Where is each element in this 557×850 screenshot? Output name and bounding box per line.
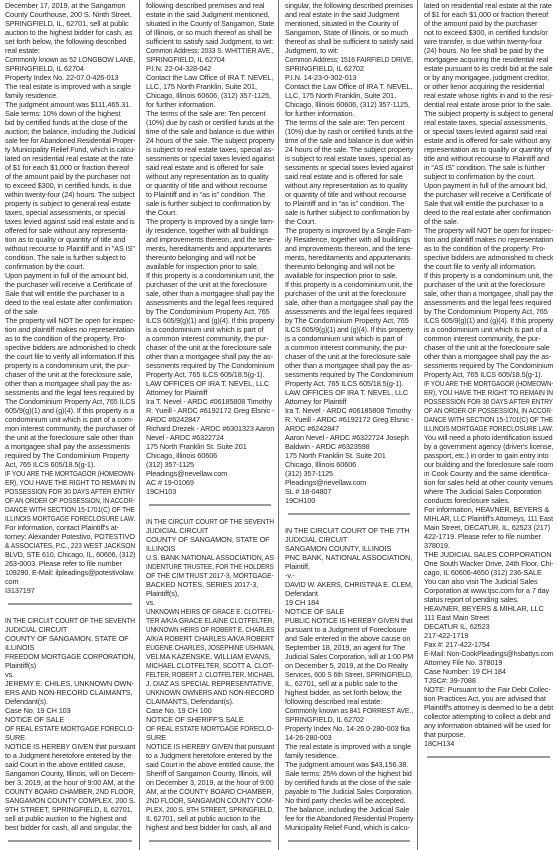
- notice-text-line: without recourse to Plaintiff and in "AS…: [5, 244, 134, 253]
- notice-divider: [149, 504, 271, 506]
- notice-text-line: a common interest community, the pur-: [146, 334, 274, 343]
- notice-text-line: tion as to quality or quantity of title …: [5, 235, 135, 244]
- notice-text-line: 14-26-280-003: [285, 733, 413, 742]
- notice-text-line: vs.: [5, 670, 135, 679]
- notice-text-line: condition. The sale is further subject t…: [5, 253, 135, 262]
- notice-text-line: 263-0003. Please refer to file number: [5, 559, 135, 568]
- notice-text-line: or other lienor acquiring the residentia…: [424, 82, 553, 91]
- notice-text-line: to a Judgment heretofore entered by the: [146, 751, 274, 760]
- notice-text-line: fee for the Abandoned Residential Proper…: [285, 814, 406, 823]
- notice-text-line: Fax #: 217-422-1754: [424, 640, 553, 649]
- notice-text-line: NOTICE OF SALE: [285, 607, 413, 616]
- notice-text-line: The property is improved by a single fam…: [146, 217, 272, 226]
- notice-text-line: Chicago, Illinois 60606, (312) 357-1125,: [285, 100, 413, 109]
- notice-text-line: ILLINOIS MORTGAGE FORECLOSURE LAW.: [424, 424, 536, 433]
- notice-text-line: chaser of the unit at the foreclosure sa…: [146, 343, 274, 352]
- notice-text-line: real estate:: [5, 46, 135, 55]
- notice-text-line: 175 North Franklin St. Suite 201: [146, 442, 274, 451]
- notice-text-line: collector attempting to collect a debt a…: [424, 712, 553, 721]
- notice-text-line: Plaintiff(s): [5, 661, 135, 670]
- notice-text-line: For information, HEAVNER, BEYERS &: [424, 505, 553, 514]
- notice-text-line: OF REAL ESTATE MORTGAGE FORECLO-: [146, 724, 261, 733]
- notice-text-line: Sangamon, State of Illinois, or so much: [285, 28, 413, 37]
- notice-text-line: ARDC #6242847: [146, 415, 274, 424]
- notice-text-line: deed to the real estate after confirmati…: [5, 298, 135, 307]
- notice-text-line: assessments and the legal fees required: [424, 298, 553, 307]
- notice-text-line: POSSESSION FOR 30 DAYS AFTER ENTRY: [424, 397, 538, 406]
- notice-text-line: Services, 600 S 6th Street, SPRINGFIELD,: [285, 670, 405, 679]
- notice-text-line: 175 North Franklin St. Suite 201: [285, 451, 413, 460]
- notice-text-line: on December 5, 2019, at the Do Realty: [285, 661, 413, 670]
- notice-text-line: The balance, including the Judicial Sale: [285, 805, 413, 814]
- notice-text-line: Contact the Law Office of IRA T. NEVEL,: [146, 73, 274, 82]
- notice-text-line: in "AS IS" condition. The sale is furthe…: [424, 163, 553, 172]
- notice-text-line: 217-422-1719: [424, 631, 553, 640]
- notice-text-line: 19CH103: [146, 487, 274, 496]
- notice-text-line: Chicago, Illinois 60606, (312) 357-1125,: [146, 91, 274, 100]
- notice-text-line: where The Judicial Sales Corporation: [424, 487, 553, 496]
- notice-text-line: subject to confirmation by the court.: [424, 172, 553, 181]
- notice-text-line: ILLINOIS MORTGAGE FORECLOSURE LAW.: [5, 514, 119, 523]
- notice-text-line: IL, 62701, sell at a public sale to the: [285, 679, 413, 688]
- notice-text-line: IN THE CIRCUIT COURT OF THE SEVENTH: [5, 616, 122, 625]
- notice-text-line: of the amount paid by the purchaser: [424, 19, 553, 28]
- notice-text-line: said real estate and is offered for sale: [146, 163, 274, 172]
- notice-text-line: and real estate in the said Judgment: [285, 10, 413, 19]
- notice-text-line: without any representation as to quality: [285, 181, 413, 190]
- legal-notices-page: December 17, 2019, at the SangamonCounty…: [0, 0, 557, 850]
- notice-text-line: ments, hereditaments and appurtenants: [146, 244, 274, 253]
- notice-text-line: auction to the highest bidder for cash, …: [5, 28, 135, 37]
- notice-text-line: NOTE: Pursuant to the Fair Debt Collec-: [424, 685, 553, 694]
- notice-text-line: 18CH134: [424, 739, 553, 748]
- notice-text-line: Case No. 19 CH 103: [5, 706, 135, 715]
- legal-notice: singular, the following described premis…: [285, 1, 413, 505]
- notice-text-line: BACKED NOTES, SERIES 2017-3,: [146, 580, 274, 589]
- notice-text-line: Act, 765 ILCS 605/18.5(g-1).: [5, 460, 135, 469]
- notice-text-line: PUBLIC NOTICE IS HEREBY GIVEN that: [285, 616, 408, 625]
- notice-text-line: estate pursuant to its credit bid at the…: [424, 64, 551, 73]
- notice-text-line: R. Yueill - ARDC #6192172 Greg Elsnic -: [146, 406, 274, 415]
- notice-text-line: Sangamon County, Illinois, will on Decem…: [5, 769, 133, 778]
- notice-text-line: as to the condition of the property. Pro…: [424, 244, 553, 253]
- notice-text-line: Sale terms: 10% down of the highest: [5, 109, 135, 118]
- notice-text-line: representation as to quality or quantity…: [424, 145, 553, 154]
- notice-text-line: I3137197: [5, 586, 135, 595]
- notice-text-line: LLC, 175 North Franklin, Suite 201,: [285, 91, 413, 100]
- notice-text-line: sale is further subject to confirmation …: [146, 199, 274, 208]
- notice-text-line: thereof as shall be sufficient to satisf…: [285, 37, 409, 46]
- notice-text-line: our building and the foreclosure sale ro…: [424, 460, 550, 469]
- notice-text-line: P.I.N. 22-04-328-042: [146, 64, 274, 73]
- notice-text-line: payable to The Judicial Sales Corporatio…: [285, 787, 408, 796]
- notice-text-line: Sale terms: 25% down of the highest bid: [285, 769, 413, 778]
- notice-text-line: AM, at the COUNTY BOARD CHAMBER,: [146, 787, 270, 796]
- notice-text-line: available for inspection prior to sale.: [285, 271, 413, 280]
- notice-text-line: Case No. 19 CH 100: [146, 706, 274, 715]
- notice-text-line: Chicago, Illinois 60606: [285, 460, 413, 469]
- notice-text-line: dential real estate arose prior to the s…: [424, 100, 553, 109]
- notice-text-line: Commonly known as 841 FORREST AVE.,: [285, 706, 406, 715]
- notice-text-line: vs.: [146, 598, 274, 607]
- notice-text-line: mortgagee acquiring the residential real: [424, 55, 553, 64]
- notice-divider: [8, 840, 132, 842]
- notice-text-line: COUNTY BOARD CHAMBER, 2ND FLOOR,: [5, 787, 124, 796]
- notice-text-line: EUGENE CHARLES, JOSEPHINE USHMAN,: [146, 643, 259, 652]
- notice-text-line: (10%) due by cash or certified funds at …: [146, 118, 269, 127]
- notice-text-line: the court file to verify all information…: [5, 352, 135, 361]
- notice-text-line: FELTER, ROBERT J. CLOTFELTER, MICHAEL: [146, 670, 255, 679]
- notice-text-line: on December 3, 2019, at the hour of 9:00: [146, 778, 272, 787]
- notice-text-line: thereunto belonging and will not be: [285, 262, 413, 271]
- notice-text-line: COUNTY OF SANGAMON, STATE OF: [5, 634, 135, 643]
- notice-text-line: LLC, 175 North Franklin, Suite 201,: [146, 82, 274, 91]
- legal-notice: IN THE CIRCUIT COURT OF THE SEVENTHJUDIC…: [5, 616, 135, 832]
- notice-text-line: as to the condition of the property. Pro…: [5, 334, 135, 343]
- notice-text-line: of Illinois, or so much thereof as shall…: [146, 28, 274, 37]
- notice-text-line: AC # 19-01069: [146, 478, 274, 487]
- notice-text-line: Judicial Sales Corporation, will at 1:00…: [285, 652, 409, 661]
- notice-text-line: of the amount paid by the purchaser not: [5, 172, 135, 181]
- notice-text-line: or by any mortgagee, judgment creditor,: [424, 73, 553, 82]
- column-2: following described premises and realest…: [139, 0, 278, 850]
- notice-text-line: offered for sale without any representa-: [5, 226, 135, 235]
- notice-text-line: SURE: [146, 733, 274, 742]
- notice-divider: [427, 756, 550, 758]
- notice-text-line: 9TH STREET, SPRINGFIELD, IL 62701,: [5, 805, 135, 814]
- notice-text-line: MIHLAR, LLC Plaintiff's Attorneys, 111 E…: [424, 514, 546, 523]
- notice-text-line: ER), YOU HAVE THE RIGHT TO REMAIN IN: [5, 478, 123, 487]
- notice-text-line: assessments and the legal fees required: [146, 298, 274, 307]
- notice-text-line: Defendant(s).: [5, 697, 135, 706]
- notice-text-line: Sale that will entitle the purchaser to …: [5, 289, 135, 298]
- notice-text-line: ER), YOU HAVE THE RIGHT TO REMAIN IN: [424, 388, 540, 397]
- notice-text-line: said Court in the above entitled cause, …: [146, 760, 270, 769]
- notice-text-line: TJSC#: 39-7088: [424, 676, 553, 685]
- notice-text-line: wire transfer, is due within twenty-four: [424, 37, 553, 46]
- notice-text-line: ERS AND NON-RECORD CLAIMANTS,: [5, 688, 135, 697]
- notice-text-line: SPRINGFIELD, IL 62702: [285, 64, 413, 73]
- notice-text-line: the purchaser will receive a Certificate…: [5, 280, 135, 289]
- notice-divider: [288, 840, 410, 842]
- notice-text-line: Property Index No. 14-26.0-280-003 fka: [285, 724, 413, 733]
- notice-text-line: mentioned, situated in the County of: [285, 19, 413, 28]
- notice-text-line: Property Act, 765 ILCS 605/18.5(g-1).: [424, 370, 553, 379]
- notice-text-line: the purchaser will receive a Certificate…: [424, 190, 553, 199]
- notice-text-line: CLAIMANTS, Defendant(s).: [146, 697, 274, 706]
- notice-text-line: The property will NOT be open for inspec…: [424, 226, 551, 235]
- notice-text-line: Plaintiff,: [285, 562, 413, 571]
- notice-text-line: September 18, 2019, an agent for The: [285, 643, 413, 652]
- notice-text-line: For information, contact Plaintiff's at-: [5, 523, 135, 532]
- notice-text-line: is a condominium unit which is part of: [146, 325, 274, 334]
- notice-text-line: conducts foreclosure sales.: [424, 496, 553, 505]
- notice-text-line: SPRINGFIELD, IL 62704: [5, 64, 135, 73]
- notice-text-line: of the sale: [5, 307, 135, 316]
- notice-text-line: spective bidders are admonished to check: [424, 253, 550, 262]
- legal-notice: IN THE CIRCUIT COURT OF THE 7THJUDICIAL …: [285, 526, 413, 832]
- notice-text-line: said real estate and is offered for sale: [285, 172, 413, 181]
- notice-text-line: (312) 357-1125: [146, 460, 274, 469]
- notice-text-line: ber 3, 2019, at the hour of 9:00 AM, at …: [5, 778, 134, 787]
- notice-text-line: DANCE WITH SECTION 15-1701(C) OF THE: [424, 415, 539, 424]
- notice-text-line: One South Wacker Drive, 24th Floor, Chi-: [424, 559, 552, 568]
- notice-text-line: a mortgagee shall pay the assessments: [5, 442, 135, 451]
- notice-text-line: MICHAEL CLOTFELTER, SCOTT A. CLOT-: [146, 661, 264, 670]
- notice-text-line: 378019.: [424, 541, 553, 550]
- notice-text-line: for further information.: [285, 109, 413, 118]
- notice-text-line: following described premises and real: [146, 1, 274, 10]
- notice-text-line: is subject to real estate taxes, special…: [285, 154, 412, 163]
- notice-text-line: ty Municipality Relief Fund, which is ca…: [5, 145, 133, 154]
- notice-text-line: Corporation at www.tjsc.com for a 7 day: [424, 586, 553, 595]
- notice-text-line: A/K/A ROBERT CHARLES A/K/A ROBERT: [146, 634, 266, 643]
- notice-text-line: Nevel - ARDC #6322724: [146, 433, 274, 442]
- notice-divider: [288, 513, 410, 515]
- legal-notice: December 17, 2019, at the SangamonCounty…: [5, 1, 135, 595]
- notice-text-line: If this property is a condominium unit, …: [146, 271, 273, 280]
- notice-text-line: following described real estate:: [285, 697, 413, 706]
- notice-text-line: ily Residence, together with all buildin…: [285, 235, 413, 244]
- notice-text-line: Commonly known as 52 LONGBOW LANE,: [5, 55, 127, 64]
- notice-text-line: 109290. E-Mail: ilpleadings@potestivolaw…: [5, 568, 132, 577]
- notice-text-line: real estate taxes, special assessments,: [424, 118, 553, 127]
- notice-text-line: sessments required by The Condominium: [424, 361, 551, 370]
- notice-text-line: in Cook County and the same identifica-: [424, 469, 553, 478]
- notice-text-line: If this property is a condominium unit, …: [424, 271, 553, 280]
- notice-text-line: Common Address: 2033 S. WHITTIER AVE.,: [146, 46, 262, 55]
- notice-text-line: JUDICIAL CIRCUIT: [146, 526, 274, 535]
- notice-text-line: TER A/K/A GRACE ELAINE CLOTFELTER,: [146, 616, 265, 625]
- notice-text-line: DANCE WITH SECTION 15-1701(C) OF THE: [5, 505, 122, 514]
- notice-text-line: OF AN ORDER OF POSSESSION, IN ACCOR-: [5, 496, 117, 505]
- notice-text-line: NOTICE OF SALE: [5, 715, 135, 724]
- notice-text-line: tion and plaintiff makes no representati…: [424, 235, 553, 244]
- notice-text-line: Property Index No. 22-07.0-426-013: [5, 73, 135, 82]
- notice-text-line: POSSESSION FOR 30 DAYS AFTER ENTRY: [5, 487, 121, 496]
- notice-text-line: the unit at the foreclosure sale other t…: [5, 433, 135, 442]
- notice-text-line: JUDICIAL CIRCUIT: [5, 625, 135, 634]
- notice-text-line: The terms of the sale are: Ten percent: [285, 118, 413, 127]
- notice-text-line: The subject property is subject to gener…: [424, 109, 553, 118]
- column-1: December 17, 2019, at the SangamonCounty…: [0, 0, 139, 850]
- notice-text-line: Property Act, 765 ILCS 605/18.5(g-1).: [285, 379, 413, 388]
- notice-text-line: OF THE CIM TRUST 2017-3, MORTGAGE-: [146, 571, 264, 580]
- notice-text-line: JEREMY E. CHILES, UNKNOWN OWN-: [5, 679, 135, 688]
- notice-text-line: Aaron Nevel - ARDC #6322724 Joseph: [285, 433, 413, 442]
- notice-text-line: purchaser of the unit at the foreclosure: [424, 280, 553, 289]
- notice-text-line: the court file to verify all information…: [424, 262, 553, 271]
- notice-text-line: time of the sale and balance is due with…: [285, 136, 412, 145]
- notice-text-line: other than a mortgagee shall pay the as-: [146, 352, 274, 361]
- notice-text-line: SL # 18-04807: [285, 487, 413, 496]
- notice-text-line: family residence.: [5, 91, 135, 100]
- notice-text-line: E-Mail: Non-CookPleadings@hsbattys.com: [424, 649, 546, 658]
- notice-text-line: com: [5, 577, 135, 586]
- notice-text-line: the Court.: [146, 208, 274, 217]
- notice-text-line: J. DIAZ AS SPECIAL REPRESENTATIVE,: [146, 679, 268, 688]
- notice-text-line: Contact the Law Office of IRA T. NEVEL,: [285, 82, 413, 91]
- notice-text-line: UNKNOWN HEIRS OF GRACE E. CLOTFEL-: [146, 607, 258, 616]
- notice-text-line: torney: Alexander Potestivo, POTESTIVO: [5, 532, 134, 541]
- notice-text-line: ILLINOIS: [146, 544, 274, 553]
- notice-text-line: UNKNOWN HEIRS OF ROBERT E. CHARLES: [146, 625, 256, 634]
- notice-text-line: 111 East Main Street: [424, 613, 553, 622]
- notice-text-line: 422-1719. Please refer to file number: [424, 532, 553, 541]
- notice-text-line: taxes, special assessments, or special: [5, 208, 135, 217]
- notice-text-line: 605/9(g)(1) and (g)(4). If this property…: [5, 406, 135, 415]
- notice-text-line: Ira T. Nevel - ARDC #06185808 Timothy: [146, 397, 274, 406]
- notice-text-line: other than a mortgagee shall pay the as-: [5, 379, 135, 388]
- notice-text-line: property is subject to general real esta…: [5, 199, 135, 208]
- notice-text-line: The real estate is improved with a singl…: [285, 742, 413, 751]
- notice-text-line: sale fee for Abandoned Residential Prope…: [5, 136, 130, 145]
- notice-text-line: situated in the County of Sangamon, Stat…: [146, 19, 269, 28]
- notice-text-line: INDENTURE TRUSTEE, FOR THE HOLDERS: [146, 562, 256, 571]
- notice-text-line: sufficient to satisfy said Judgment, to …: [146, 37, 274, 46]
- notice-text-line: said Court in the above entitled cause,: [5, 760, 135, 769]
- notice-text-line: 19CH100: [285, 496, 413, 505]
- notice-text-line: ILCS 605/9(g)(1) and (g)(4). If this pro…: [285, 325, 407, 334]
- notice-text-line: Baldwin - ARDC #6323598: [285, 442, 413, 451]
- notice-text-line: confirmation by the court.: [5, 262, 135, 271]
- notice-text-line: to exceed $300, in certified funds, is d…: [5, 181, 135, 190]
- notice-text-line: the Court.: [285, 217, 413, 226]
- notice-text-line: The real estate is improved with a singl…: [5, 82, 135, 91]
- notice-text-line: R. Yueill - ARDC #6192172 Greg Elsnic -: [285, 415, 413, 424]
- notice-text-line: OF AN ORDER OF POSSESSION, IN ACCOR-: [424, 406, 534, 415]
- notice-text-line: (24) hours. No fee shall be paid by the: [424, 46, 553, 55]
- notice-text-line: sessments or special taxes levied agains…: [146, 154, 272, 163]
- notice-text-line: chaser of the unit at the foreclosure sa…: [285, 352, 413, 361]
- notice-text-line: Sale that will entitle the purchaser to …: [424, 199, 553, 208]
- notice-text-line: sessments and the legal fees required by: [5, 388, 135, 397]
- notice-text-line: highest bidder, as set forth below, the: [285, 688, 413, 697]
- notice-text-line: sessments required by The Condominium: [146, 361, 271, 370]
- notice-text-line: Judgment, to wit:: [285, 46, 413, 55]
- notice-text-line: The Condominium Property Act, 765 ILCS: [5, 397, 133, 406]
- notice-text-line: NOTICE IS HEREBY GIVEN that pursuant: [146, 742, 268, 751]
- notice-text-line: sell at public auction to the highest an…: [5, 814, 135, 823]
- notice-text-line: The property will NOT be open for inspec…: [5, 316, 134, 325]
- notice-text-line: spective bidders are admonished to check: [5, 343, 133, 352]
- notice-text-line: 19 CH 184: [285, 598, 413, 607]
- notice-text-line: to Plaintiff and in “as is” condition. T…: [285, 199, 413, 208]
- notice-text-line: Ira T. Nevel - ARDC #06185808 Timothy: [285, 406, 413, 415]
- notice-text-line: sale, other than a mortgagee, shall pay …: [424, 289, 548, 298]
- notice-text-line: PLEX, 200 S. 9TH STREET, SPRINGFIELD,: [146, 805, 262, 814]
- notice-text-line: deed to the real estate after confirmati…: [424, 208, 553, 217]
- notice-text-line: Upon payment in full of the amount bid,: [424, 181, 553, 190]
- notice-text-line: taxes levied against said real estate an…: [5, 217, 132, 226]
- notice-text-line: 24 hours of the sale. The subject proper…: [285, 145, 411, 154]
- notice-text-line: COUNTY OF SANGAMON, STATE OF: [146, 535, 274, 544]
- notice-text-line: without any representation as to quality: [146, 172, 274, 181]
- notice-text-line: estate in the said Judgment mentioned,: [146, 10, 274, 19]
- notice-text-line: by certified funds at the close of the s…: [285, 778, 413, 787]
- notice-text-line: Plaintiff's attorney is deemed to be a d…: [424, 703, 553, 712]
- notice-text-line: December 17, 2019, at the Sangamon: [5, 1, 135, 10]
- notice-text-line: SPRINGFIELD, IL 62702: [285, 715, 413, 724]
- notice-text-line: SPRINGFIELD, IL 62704: [146, 55, 274, 64]
- notice-text-line: SANGAMON COUNTY COMPLEX, 200 S.: [5, 796, 130, 805]
- notice-text-line: ments, hereditaments and appurtenants: [285, 253, 413, 262]
- notice-text-line: a common interest community, the pur-: [285, 343, 413, 352]
- notice-text-line: SURE: [5, 733, 135, 742]
- notice-text-line: OF REAL ESTATE MORTGAGE FORECLO-: [5, 724, 124, 733]
- notice-text-line: Attorney for Plaintiff: [146, 388, 274, 397]
- notice-text-line: chaser of the unit at the foreclosure sa…: [5, 370, 135, 379]
- notice-text-line: (10%) due by cash or certified funds at …: [285, 127, 408, 136]
- notice-text-line: sale is further subject to confirmation …: [285, 208, 413, 217]
- notice-text-line: available for inspection prior to sale.: [146, 262, 274, 271]
- notice-text-line: LAW OFFICES OF IRA T. NEVEL, LLC: [285, 388, 413, 397]
- notice-text-line: by The Condominium Property Act, 765: [146, 307, 274, 316]
- notice-text-line: DAVID W. AKERS, CHRISTINA E. CLEM,: [285, 580, 409, 589]
- notice-text-line: cago, IL 60606-4650 (312) 236-SALE: [424, 568, 553, 577]
- notice-text-line: 2ND FLOOR, SANGAMON COUNTY COM-: [146, 796, 263, 805]
- notice-text-line: The terms of the sale are: Ten percent: [146, 109, 274, 118]
- notice-text-line: pursuant to a Judgment of Foreclosure: [285, 625, 413, 634]
- notice-text-line: JUDICIAL CIRCUIT: [285, 535, 413, 544]
- notice-text-line: Main Street, DECATUR, IL, 62523 (217): [424, 523, 553, 532]
- notice-text-line: common interest community, the pur-: [424, 334, 553, 343]
- notice-text-line: NOTICE IS HEREBY GIVEN that pursuant: [5, 742, 131, 751]
- notice-text-line: ILCS 605/9(g)(1) and (g)(4). If this pro…: [146, 316, 268, 325]
- legal-notice: IN THE CIRCUIT COURT OF THE SEVENTHJUDIC…: [146, 517, 274, 832]
- notice-text-line: tion Practices Act, you are advised that: [424, 694, 553, 703]
- notice-text-line: Upon payment in full of the amount bid,: [5, 271, 135, 280]
- notice-text-line: mon interest community, the purchaser of: [5, 424, 135, 433]
- notice-text-line: NOTICE OF SHERIFF'S SALE: [146, 715, 274, 724]
- notice-text-line: FREEDOM MORTGAGE CORPORATION,: [5, 652, 129, 661]
- notice-text-line: Municipality Relief Fund, which is calcu…: [285, 823, 413, 832]
- notice-divider: [149, 840, 271, 842]
- notice-text-line: -v.-: [285, 571, 413, 580]
- notice-text-line: time of the sale and balance is due with…: [146, 127, 273, 136]
- notice-text-line: required by The Condominium Property: [5, 451, 135, 460]
- notice-text-line: purchaser of the unit at the foreclosure: [146, 280, 274, 289]
- notice-text-line: status report of pending sales.: [424, 595, 553, 604]
- notice-text-line: of $1 for each $1,000 or fraction thereo…: [424, 10, 553, 19]
- notice-text-line: purchaser of the unit at the foreclosure: [285, 289, 413, 298]
- legal-notice: following described premises and realest…: [146, 1, 274, 496]
- notice-text-line: or quantity of title and without recours…: [146, 181, 274, 190]
- notice-text-line: If this property is a condominium unit, …: [285, 280, 412, 289]
- notice-text-line: & ASSOCIATES, P.C., 223 WEST JACKSON: [5, 541, 124, 550]
- notice-text-line: THE JUDICIAL SALES CORPORATION: [424, 550, 553, 559]
- notice-text-line: is subject to real estate taxes, special…: [146, 145, 273, 154]
- notice-text-line: SPRINGFIELD, IL, 62701, sell at public: [5, 19, 135, 28]
- notice-text-line: Attorney File No. 378019: [424, 658, 553, 667]
- notice-text-line: any information obtained will be used fo…: [424, 721, 553, 730]
- notice-text-line: Common Address: 1516 FAIRFIELD DRIVE,: [285, 55, 402, 64]
- notice-text-line: No third party checks will be accepted.: [285, 796, 413, 805]
- notice-text-line: real estate whose rights in and to the r…: [424, 91, 551, 100]
- notice-text-line: Property Act, 765 ILCS 605/18.5(g-1).: [146, 370, 274, 379]
- notice-text-line: thereunto belonging and will not be: [146, 253, 274, 262]
- notice-text-line: DECATUR IL, 62523: [424, 622, 553, 631]
- notice-text-line: passport, etc.) in order to gain entry i…: [424, 451, 553, 460]
- notice-text-line: for further information.: [146, 100, 274, 109]
- notice-text-line: ILCS 605/9(g)(1) and (g)(4). If this pro…: [424, 316, 548, 325]
- notice-text-line: HEAVNER, BEYERS & MIHLAR, LLC: [424, 604, 553, 613]
- notice-text-line: within twenty-four (24) hours. The subje…: [5, 190, 135, 199]
- notice-text-line: IN THE CIRCUIT COURT OF THE SEVENTH: [146, 517, 259, 526]
- notice-text-line: Case Number: 19 CH 184: [424, 667, 553, 676]
- notice-text-line: property is a condominium unit, the pur-: [5, 361, 135, 370]
- notice-text-line: of $1 for each $1,000 or fraction thereo…: [5, 163, 135, 172]
